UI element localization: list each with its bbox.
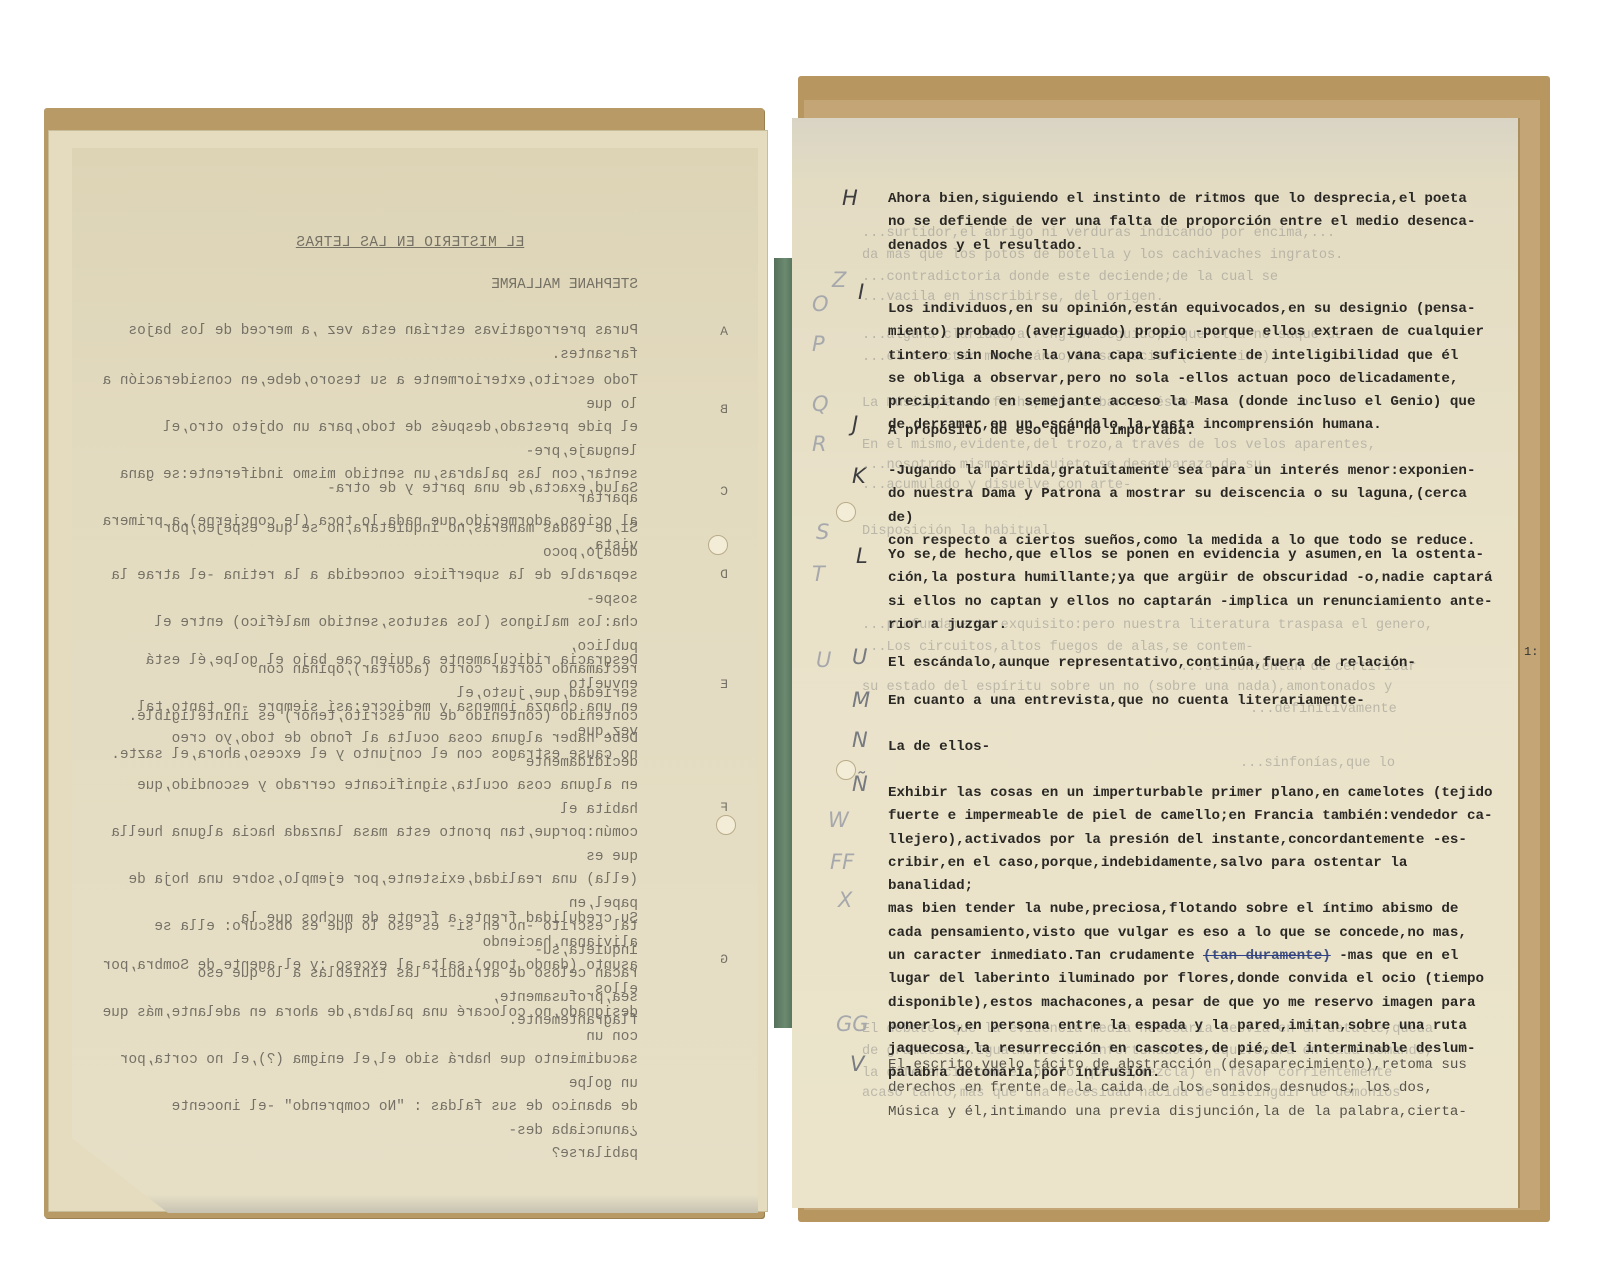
left-page-title: EL MISTERIO EN LAS LETRAS — [72, 232, 758, 256]
left-margin-letter: A — [720, 320, 728, 344]
pencil-margin-mark: N — [852, 728, 868, 752]
pencil-margin-mark: M — [852, 688, 870, 712]
left-margin-letter: B — [720, 398, 728, 422]
left-margin-letter: C — [720, 480, 728, 504]
left-margin-letter: E — [720, 673, 728, 697]
pencil-margin-letter: O — [812, 292, 829, 316]
pencil-margin-mark: K — [852, 464, 866, 488]
pencil-margin-mark: J — [852, 412, 858, 436]
left-margin-letter: D — [720, 563, 728, 587]
pencil-margin-letter: W — [828, 808, 849, 832]
typed-paragraph: Los individuos,en su opinión,están equiv… — [888, 298, 1493, 438]
pencil-margin-mark: I — [858, 280, 864, 304]
pencil-margin-letter: Q — [812, 392, 829, 416]
typed-paragraph: A propósito de eso que no importaba. — [888, 420, 1493, 443]
edge-tab-mark: 1: — [1524, 645, 1538, 659]
typed-paragraph: Ahora bien,siguiendo el instinto de ritm… — [888, 188, 1493, 258]
left-margin-letter: G — [720, 948, 728, 972]
punch-hole — [708, 535, 728, 555]
left-page: EL MISTERIO EN LAS LETRAS STEPHANE MALLA… — [72, 148, 758, 1213]
left-page-author: STEPHANE MALLARME — [491, 274, 638, 298]
typed-paragraph: -Jugando la partida,gratuitamente sea pa… — [888, 460, 1493, 553]
pencil-margin-mark: V — [850, 1052, 864, 1076]
pencil-margin-letter: U — [816, 648, 831, 672]
pencil-margin-letter: T — [812, 562, 825, 586]
tissue-paper-edge — [72, 1195, 758, 1213]
typed-paragraph-with-strikeout: Exhibir las cosas en un imperturbable pr… — [888, 782, 1493, 1085]
left-page-mirrored-text: EL MISTERIO EN LAS LETRAS STEPHANE MALLA… — [72, 148, 758, 1213]
punch-hole — [716, 815, 736, 835]
left-paragraph: Salud,exacta,de una parte y de otra- — [98, 478, 638, 502]
typed-text: Exhibir las cosas en un imperturbable pr… — [888, 785, 1493, 964]
pencil-margin-mark: Ñ — [852, 772, 868, 796]
punch-hole — [836, 760, 856, 780]
pencil-margin-mark: L — [856, 544, 868, 568]
pencil-margin-letter: S — [816, 520, 829, 544]
pencil-margin-letter: X — [838, 888, 852, 912]
punch-hole — [836, 502, 856, 522]
pencil-margin-letter: Z — [832, 268, 846, 292]
pencil-margin-mark: H — [842, 186, 858, 210]
pencil-margin-letter: FF — [830, 850, 854, 874]
ghost-line: ...contradictoria donde este deciende;de… — [862, 270, 1278, 285]
struck-out-text: (tan duramente) — [1203, 948, 1331, 964]
pencil-margin-letter: GG — [836, 1012, 869, 1036]
typed-paragraph: Yo se,de hecho,que ellos se ponen en evi… — [888, 544, 1493, 637]
pencil-margin-letter: R — [812, 432, 827, 456]
pencil-margin-mark: U — [852, 645, 867, 669]
left-paragraph: Puras prerrogativas estrían esta vez ,a … — [98, 320, 638, 367]
typed-paragraph: En cuanto a una entrevista,que no cuenta… — [888, 690, 1493, 713]
typed-paragraph: El escrito,vuelo tácito de abstracción (… — [888, 1054, 1493, 1124]
typed-paragraph: El escándalo,aunque representativo,conti… — [888, 652, 1493, 675]
pencil-margin-letter: P — [812, 332, 825, 356]
typed-paragraph: La de ellos- — [888, 736, 1493, 759]
left-paragraph: Su credulidad frente a frente de muchos … — [98, 908, 638, 1167]
